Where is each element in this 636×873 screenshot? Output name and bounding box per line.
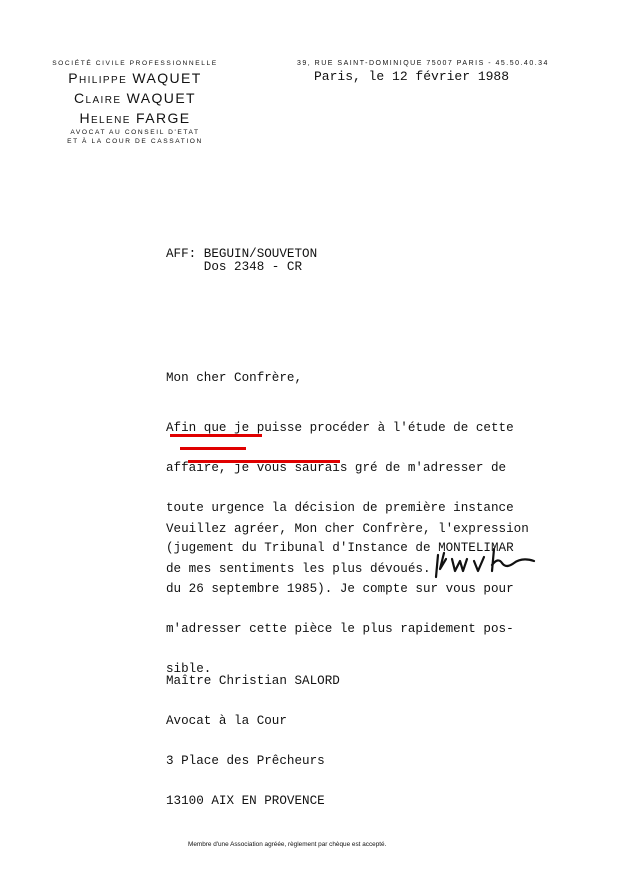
recipient-line: 3 Place des Prêcheurs bbox=[166, 755, 340, 768]
salutation: Mon cher Confrère, bbox=[166, 372, 302, 385]
recipient-line: 13100 AIX EN PROVENCE bbox=[166, 795, 340, 808]
partner-name-1: Philippe WAQUET bbox=[20, 70, 250, 86]
closing-line: Veuillez agréer, Mon cher Confrère, l'ex… bbox=[166, 523, 529, 536]
partner-name-2: Claire WAQUET bbox=[20, 90, 250, 106]
reference-dos: Dos 2348 - CR bbox=[166, 261, 302, 274]
red-underline-annotation bbox=[188, 460, 340, 463]
firm-address: 39, RUE SAINT-DOMINIQUE 75007 PARIS - 45… bbox=[297, 60, 549, 67]
partner-name-3: Helene FARGE bbox=[20, 110, 250, 126]
body-line: affaire, je vous saurais gré de m'adress… bbox=[166, 462, 514, 475]
company-type: SOCIÉTÉ CIVILE PROFESSIONNELLE bbox=[20, 60, 250, 67]
date-line: Paris, le 12 février 1988 bbox=[314, 70, 509, 83]
red-underline-annotation bbox=[180, 447, 246, 450]
recipient-line: Avocat à la Cour bbox=[166, 715, 340, 728]
red-underline-annotation bbox=[170, 434, 262, 437]
recipient-address: Maître Christian SALORD Avocat à la Cour… bbox=[166, 648, 340, 822]
title-line-1: AVOCAT AU CONSEIL D'ETAT bbox=[20, 129, 250, 136]
footer-note: Membre d'une Association agréée, règleme… bbox=[188, 841, 386, 848]
body-line: m'adresser cette pièce le plus rapidemen… bbox=[166, 623, 514, 636]
title-line-2: ET À LA COUR DE CASSATION bbox=[20, 138, 250, 145]
signature bbox=[430, 545, 545, 585]
recipient-line: Maître Christian SALORD bbox=[166, 675, 340, 688]
